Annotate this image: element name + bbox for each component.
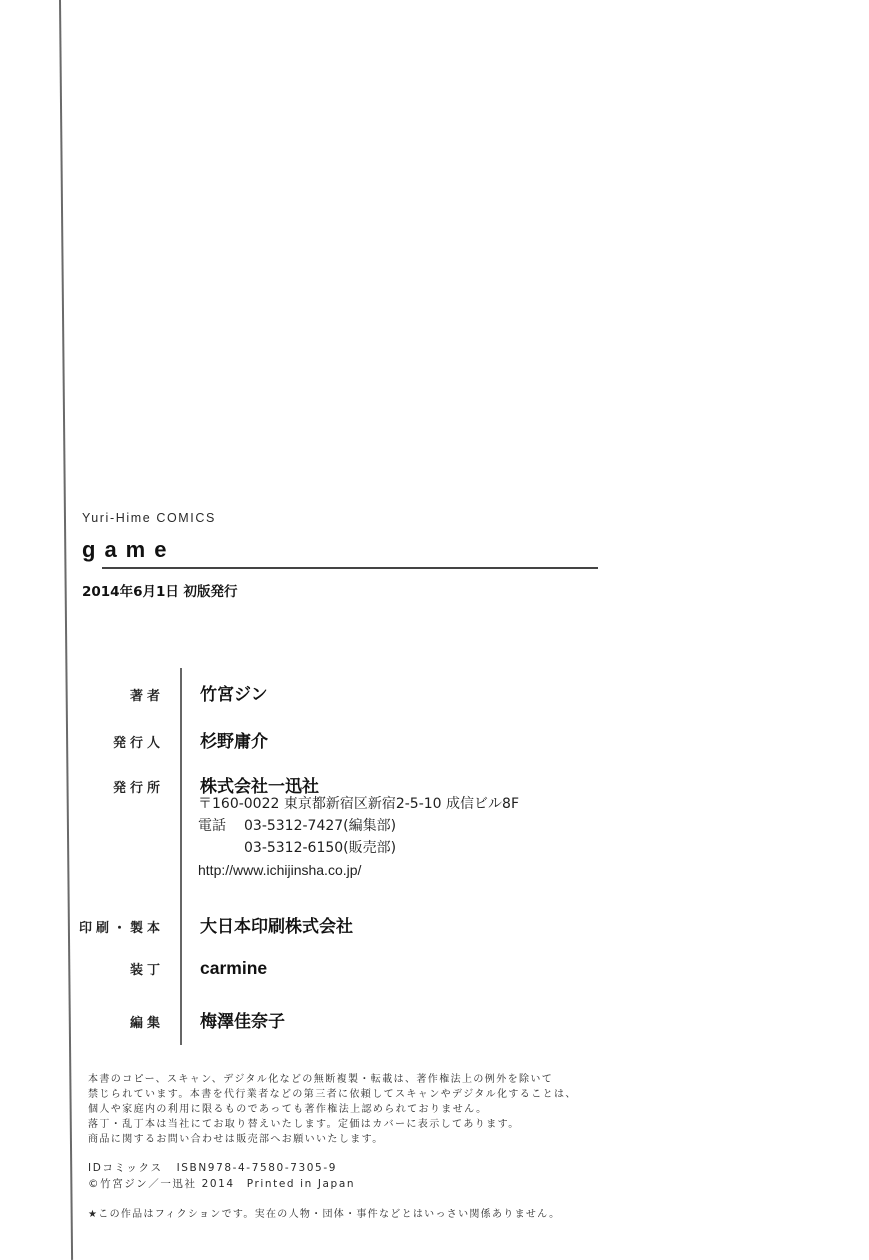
imprint-label: Yuri-Hime COMICS xyxy=(82,511,216,525)
title-underline-rule xyxy=(102,567,598,569)
credit-value: 梅澤佳奈子 xyxy=(200,1007,285,1032)
publication-date: 2014年6月1日 初版発行 xyxy=(82,580,238,600)
notice-line: 禁じられています。本書を代行業者などの第三者に依頼してスキャンやデジタル化するこ… xyxy=(88,1087,577,1102)
phone-editorial-line: 電話03-5312-7427(編集部) xyxy=(198,815,519,837)
phone-sales-line: 03-5312-6150(販売部) xyxy=(198,837,519,859)
notice-line: 個人や家庭内の利用に限るものであっても著作権法上認められておりません。 xyxy=(88,1102,577,1117)
credit-label: 印刷・製本 xyxy=(60,917,164,936)
series-label: IDコミックス xyxy=(88,1162,163,1174)
credit-row-author: 著者 竹宮ジン xyxy=(60,680,620,705)
credit-row-design: 装丁 carmine xyxy=(60,958,620,979)
publisher-url-link[interactable]: http://www.ichijinsha.co.jp/ xyxy=(198,859,519,881)
phone-sales: 03-5312-6150(販売部) xyxy=(244,840,396,856)
isbn-copyright-block: IDコミックスISBN978-4-7580-7305-9 ©竹宮ジン／一迅社 2… xyxy=(88,1160,355,1192)
publisher-contact-block: 〒160-0022 東京都新宿区新宿2-5-10 成信ビル8F 電話03-531… xyxy=(198,793,519,881)
isbn-value: ISBN978-4-7580-7305-9 xyxy=(177,1162,337,1174)
isbn-line: IDコミックスISBN978-4-7580-7305-9 xyxy=(88,1160,355,1176)
credit-label: 装丁 xyxy=(60,959,164,978)
credit-label: 編集 xyxy=(60,1012,164,1031)
credit-row-publisher-person: 発行人 杉野庸介 xyxy=(60,727,620,752)
fiction-disclaimer: ★この作品はフィクションです。実在の人物・団体・事件などとはいっさい関係ありませ… xyxy=(88,1205,560,1220)
credit-row-printing: 印刷・製本 大日本印刷株式会社 xyxy=(60,912,620,937)
phone-editorial: 03-5312-7427(編集部) xyxy=(244,818,396,834)
credit-row-editor: 編集 梅澤佳奈子 xyxy=(60,1007,620,1032)
credit-label: 著者 xyxy=(60,685,164,704)
credits-vertical-divider xyxy=(180,668,182,1045)
credit-label: 発行人 xyxy=(60,732,164,751)
copyright-line: ©竹宮ジン／一迅社 2014Printed in Japan xyxy=(88,1176,355,1192)
credit-value: 大日本印刷株式会社 xyxy=(200,912,353,937)
credit-value: 竹宮ジン xyxy=(200,680,268,705)
printed-in: Printed in Japan xyxy=(247,1178,355,1190)
notice-line: 落丁・乱丁本は当社にてお取り替えいたします。定価はカバーに表示してあります。 xyxy=(88,1117,577,1132)
credit-value: carmine xyxy=(200,958,267,979)
publisher-address: 〒160-0022 東京都新宿区新宿2-5-10 成信ビル8F xyxy=(198,793,519,815)
notice-line: 商品に関するお問い合わせは販売部へお願いいたします。 xyxy=(88,1132,577,1147)
notice-line: 本書のコピー、スキャン、デジタル化などの無断複製・転載は、著作権法上の例外を除い… xyxy=(88,1072,577,1087)
book-title: game xyxy=(82,537,175,563)
copyright-notice: 本書のコピー、スキャン、デジタル化などの無断複製・転載は、著作権法上の例外を除い… xyxy=(88,1072,577,1147)
copyright-holder: ©竹宮ジン／一迅社 2014 xyxy=(88,1178,235,1190)
credit-label: 発行所 xyxy=(60,777,164,796)
phone-label: 電話 xyxy=(198,815,244,837)
page-binding-edge-line xyxy=(59,0,73,1260)
credit-value: 杉野庸介 xyxy=(200,727,268,752)
